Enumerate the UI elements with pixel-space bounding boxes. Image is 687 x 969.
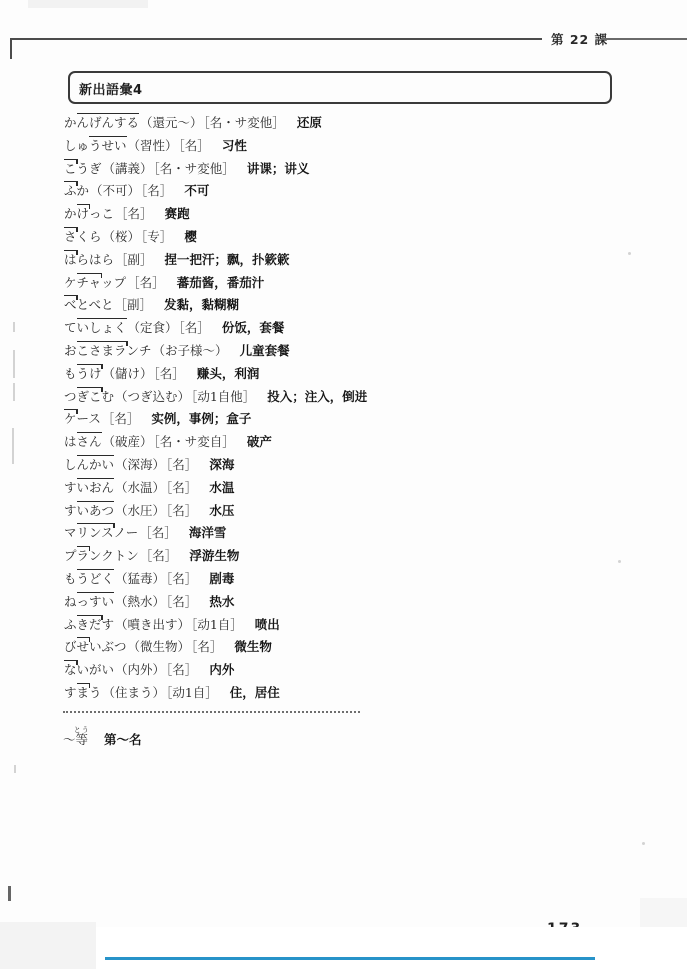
reading-segment-accented: いおん — [77, 478, 115, 495]
scan-edge-shadow — [640, 898, 687, 928]
entry-pos: ［名］ — [102, 411, 140, 426]
entry-kanji: （桜） — [103, 229, 141, 244]
entry-kanji: （住まう） — [103, 685, 166, 700]
vocab-entry: ねっすい（熱水）［名］热水 — [64, 591, 664, 614]
reading-segment: う — [89, 683, 102, 700]
entry-meaning: 份饭，套餐 — [222, 320, 285, 335]
entry-reading: すまう — [64, 685, 102, 700]
entry-reading: かんげんする — [64, 115, 139, 130]
scan-artifact — [13, 322, 15, 332]
reading-segment-accented: け — [77, 204, 90, 221]
entry-reading: しゅうせい — [64, 138, 127, 153]
entry-reading: すいおん — [64, 480, 114, 495]
entry-meaning: 樱 — [184, 229, 197, 244]
suffix-word: ～等とう — [63, 732, 88, 747]
entry-kanji: （不可） — [90, 183, 140, 198]
entry-meaning: 水压 — [209, 503, 234, 518]
reading-segment-accented: きだ — [77, 615, 102, 632]
entry-reading: ケース — [64, 411, 101, 426]
entry-meaning: 内外 — [209, 662, 234, 677]
scan-artifact — [8, 886, 11, 901]
entry-kanji: （水圧） — [115, 503, 165, 518]
vocab-entry: もうどく（猛毒）［名］剧毒 — [64, 568, 664, 591]
reading-segment: ース — [77, 409, 101, 426]
reading-segment-accented: リンス — [77, 523, 114, 540]
reading-segment-accented: こ — [64, 159, 77, 176]
reading-segment: か — [64, 204, 77, 221]
entry-pos: ［名］ — [140, 548, 178, 563]
entry-meaning: 习性 — [222, 138, 247, 153]
entry-kanji: （水温） — [115, 480, 165, 495]
vocab-entry: はさん（破産）［名・サ変自］破产 — [64, 431, 664, 454]
entry-meaning: 浮游生物 — [189, 548, 239, 563]
vocab-entry: しゅうせい（習性）［名］习性 — [64, 135, 664, 158]
reading-segment: ケ — [64, 273, 77, 290]
entry-reading: びせいぶつ — [64, 639, 127, 654]
vocab-entry: べとべと［副］发黏，黏糊糊 — [64, 294, 664, 317]
vocab-entry: マリンスノー［名］海洋雪 — [64, 522, 664, 545]
reading-segment: いぶつ — [89, 637, 127, 654]
vocab-entry: ふきだす（噴き出す）［动1自］喷出 — [64, 614, 664, 637]
vocab-entry: プランクトン［名］浮游生物 — [64, 545, 664, 568]
reading-segment-accented: ラ — [77, 546, 90, 563]
scan-artifact — [642, 842, 645, 845]
entry-reading: つぎこむ — [64, 389, 114, 404]
entry-meaning: 水温 — [209, 480, 234, 495]
vocab-section-box: 新出語彙4 — [68, 71, 612, 104]
reading-segment: プ — [64, 546, 77, 563]
reading-segment: いがい — [77, 660, 115, 677]
scan-artifact — [618, 560, 621, 563]
vocab-entry: こうぎ（講義）［名・サ変他］讲课；讲义 — [64, 158, 664, 181]
reading-segment-accented: ふ — [64, 181, 77, 198]
reading-segment: ね — [64, 592, 77, 609]
entry-pos: ［动1自他］ — [191, 389, 255, 404]
reading-segment-accented: んかい — [77, 455, 115, 472]
vocab-entry: ないがい（内外）［名］内外 — [64, 659, 664, 682]
entry-meaning: 海洋雪 — [189, 525, 227, 540]
reading-segment: び — [64, 637, 77, 654]
entry-kanji: （儲け） — [103, 366, 153, 381]
vocab-entry: はらはら［副］捏一把汗；飘，扑簌簌 — [64, 249, 664, 272]
reading-segment: しゅ — [64, 136, 89, 153]
scan-artifact — [13, 350, 15, 378]
reading-segment-accented: うせい — [89, 136, 127, 153]
reading-segment: か — [64, 113, 77, 130]
reading-segment: す — [64, 683, 77, 700]
entry-reading: しんかい — [64, 457, 114, 472]
reading-segment: ンクトン — [89, 546, 139, 563]
entry-pos: ［名・サ変自］ — [154, 434, 235, 449]
entry-meaning: 还原 — [297, 115, 322, 130]
entry-pos: ［动1自］ — [191, 617, 243, 632]
entry-kanji: （破産） — [103, 434, 153, 449]
entry-kanji: （微生物） — [128, 639, 191, 654]
entry-meaning: 捏一把汗；飘，扑簌簌 — [165, 252, 290, 267]
entry-pos: ［名・サ変他］ — [154, 161, 235, 176]
entry-meaning: 剧毒 — [209, 571, 234, 586]
entry-reading: ふきだす — [64, 617, 114, 632]
scanned-textbook-page: 第 22 課 新出語彙4 かんげんする（還元～）［名・サ変他］还原しゅうせい（習… — [0, 0, 687, 927]
page-gap — [96, 927, 687, 969]
reading-segment-accented: ケ — [64, 409, 77, 426]
entry-pos: ［名］ — [141, 183, 172, 198]
vocab-entry: さくら（桜）［专］樱 — [64, 226, 664, 249]
entry-reading: すいあつ — [64, 503, 114, 518]
reading-segment-accented: べ — [64, 295, 77, 312]
reading-segment: お — [64, 341, 77, 358]
entry-reading: ていしょく — [64, 320, 127, 335]
entry-kanji: （習性） — [128, 138, 178, 153]
reading-segment: む — [102, 387, 115, 404]
reading-segment-accented: さ — [64, 227, 77, 244]
dotted-separator — [63, 711, 360, 713]
entry-kanji: （猛毒） — [115, 571, 165, 586]
viewer-accent-line — [105, 957, 595, 960]
page-frame-corner — [10, 38, 12, 59]
entry-reading: こうぎ — [64, 161, 102, 176]
entry-pos: ［名］ — [115, 206, 153, 221]
reading-segment: も — [64, 364, 77, 381]
entry-meaning: 住，居住 — [230, 685, 280, 700]
header-rule-left — [10, 38, 542, 40]
entry-meaning: 讲课；讲义 — [247, 161, 310, 176]
reading-segment: も — [64, 569, 77, 586]
entry-reading: もうどく — [64, 571, 114, 586]
entry-pos: ［名］ — [166, 594, 197, 609]
entry-meaning: 破产 — [247, 434, 272, 449]
entry-reading: さくら — [64, 229, 102, 244]
entry-kanji: （深海） — [115, 457, 165, 472]
header-rule-right — [601, 38, 687, 40]
entry-meaning: 发黏，黏糊糊 — [164, 297, 239, 312]
vocab-entry: すいおん（水温）［名］水温 — [64, 477, 664, 500]
entry-reading: はらはら — [64, 252, 114, 267]
page-number-clip: 173 — [547, 918, 587, 927]
entry-meaning: 实例，事例；盒子 — [151, 411, 251, 426]
reading-segment: うぎ — [77, 159, 102, 176]
reading-segment: ップ — [101, 273, 126, 290]
scan-artifact — [12, 428, 14, 464]
entry-meaning: 赚头，利润 — [197, 366, 260, 381]
reading-segment-accented: ぎこ — [77, 387, 102, 404]
vocab-entry: かんげんする（還元～）［名・サ変他］还原 — [64, 112, 664, 135]
reading-segment-accented: ま — [77, 683, 90, 700]
reading-segment-accented: せ — [77, 637, 90, 654]
entry-reading: プランクトン — [64, 548, 139, 563]
vocab-entry: ケチャップ［名］蕃茄酱，番茄汁 — [64, 272, 664, 295]
entry-pos: ［名］ — [166, 662, 197, 677]
entry-pos: ［名］ — [179, 320, 210, 335]
entry-kanji: （講義） — [103, 161, 153, 176]
entry-kanji: （つぎ込む） — [115, 389, 190, 404]
entry-pos: ［名］ — [166, 571, 197, 586]
entry-pos: ［动1自］ — [166, 685, 218, 700]
entry-pos: ［名］ — [166, 480, 197, 495]
entry-reading: ケチャップ — [64, 275, 126, 290]
entry-kanji: （定食） — [128, 320, 178, 335]
reading-segment-accented: うどく — [77, 569, 115, 586]
scan-artifact — [628, 252, 631, 255]
entry-pos: ［名］ — [154, 366, 185, 381]
reading-segment-accented: うけ — [77, 364, 102, 381]
reading-segment-accented: チャ — [77, 273, 102, 290]
entry-meaning: 投入；注入，倒进 — [267, 389, 367, 404]
reading-segment: ンチ — [127, 341, 152, 358]
reading-segment-accented: いあつ — [77, 501, 115, 518]
scan-edge-shadow — [0, 922, 96, 969]
entry-meaning: 赛跑 — [165, 206, 190, 221]
reading-segment: つ — [64, 387, 77, 404]
reading-segment: くら — [77, 227, 102, 244]
entry-kanji: （お子様～） — [153, 343, 228, 358]
vocab-entry: すいあつ（水圧）［名］水压 — [64, 500, 664, 523]
vocab-section-title: 新出語彙4 — [79, 79, 143, 98]
entry-meaning: 微生物 — [234, 639, 272, 654]
entry-kanji: （熱水） — [115, 594, 165, 609]
entry-reading: おこさまランチ — [64, 343, 152, 358]
entry-pos: ［名・サ変他］ — [204, 115, 285, 130]
reading-segment-accented: んげんする — [77, 113, 140, 130]
entry-pos: ［副］ — [115, 297, 153, 312]
reading-segment-accented: こさまラ — [77, 341, 127, 358]
reading-segment: す — [102, 615, 115, 632]
entry-kanji: （還元～） — [140, 115, 203, 130]
entry-pos: ［名］ — [166, 457, 197, 472]
entry-reading: もうけ — [64, 366, 102, 381]
suffix-meaning: 第～名 — [104, 732, 142, 747]
entry-meaning: 不可 — [184, 183, 209, 198]
entry-reading: ふか — [64, 183, 89, 198]
reading-segment: か — [77, 181, 90, 198]
reading-segment-accented: さん — [77, 432, 102, 449]
vocab-entry: すまう（住まう）［动1自］住，居住 — [64, 682, 664, 705]
vocab-entry: ていしょく（定食）［名］份饭，套餐 — [64, 317, 664, 340]
entry-reading: ねっすい — [64, 594, 114, 609]
suffix-row: ～等とう 第～名 — [63, 726, 142, 752]
vocab-entry: おこさまランチ（お子様～）儿童套餐 — [64, 340, 664, 363]
entry-reading: かけっこ — [64, 206, 114, 221]
scan-artifact — [28, 0, 148, 8]
entry-pos: ［名］ — [127, 275, 165, 290]
reading-segment: マ — [64, 523, 77, 540]
vocab-entry: しんかい（深海）［名］深海 — [64, 454, 664, 477]
vocab-entry: つぎこむ（つぎ込む）［动1自他］投入；注入，倒进 — [64, 386, 664, 409]
entry-reading: べとべと — [64, 297, 114, 312]
reading-segment-accented: いしょく — [77, 318, 127, 335]
reading-segment: ノー — [114, 523, 139, 540]
vocab-entry: ケース［名］实例，事例；盒子 — [64, 408, 664, 431]
reading-segment: す — [64, 478, 77, 495]
scan-artifact — [14, 765, 16, 773]
scan-artifact — [13, 383, 15, 401]
vocab-list: かんげんする（還元～）［名・サ変他］还原しゅうせい（習性）［名］习性こうぎ（講義… — [64, 112, 664, 705]
entry-pos: ［专］ — [141, 229, 172, 244]
entry-kanji: （噴き出す） — [115, 617, 190, 632]
entry-reading: ないがい — [64, 662, 114, 677]
reading-segment-accented: は — [64, 250, 77, 267]
reading-segment-accented: っすい — [77, 592, 115, 609]
reading-segment: とべと — [77, 295, 114, 312]
entry-meaning: 热水 — [209, 594, 234, 609]
reading-segment: っこ — [89, 204, 114, 221]
vocab-entry: ふか（不可）［名］不可 — [64, 180, 664, 203]
entry-pos: ［名］ — [191, 639, 222, 654]
entry-pos: ［名］ — [139, 525, 177, 540]
reading-segment: す — [64, 501, 77, 518]
reading-segment: し — [64, 455, 77, 472]
vocab-entry: もうけ（儲け）［名］赚头，利润 — [64, 363, 664, 386]
entry-pos: ［名］ — [179, 138, 210, 153]
entry-meaning: 蕃茄酱，番茄汁 — [177, 275, 265, 290]
reading-segment: て — [64, 318, 77, 335]
reading-segment-accented: な — [64, 660, 77, 677]
entry-reading: マリンスノー — [64, 525, 138, 540]
entry-reading: はさん — [64, 434, 102, 449]
entry-kanji: （内外） — [115, 662, 165, 677]
entry-meaning: 儿童套餐 — [240, 343, 290, 358]
reading-segment: ふ — [64, 615, 77, 632]
entry-meaning: 喷出 — [255, 617, 280, 632]
entry-pos: ［名］ — [166, 503, 197, 518]
reading-segment: らはら — [77, 250, 115, 267]
vocab-entry: びせいぶつ（微生物）［名］微生物 — [64, 636, 664, 659]
entry-meaning: 深海 — [209, 457, 234, 472]
entry-pos: ［副］ — [115, 252, 153, 267]
vocab-entry: かけっこ［名］赛跑 — [64, 203, 664, 226]
reading-segment: は — [64, 432, 77, 449]
